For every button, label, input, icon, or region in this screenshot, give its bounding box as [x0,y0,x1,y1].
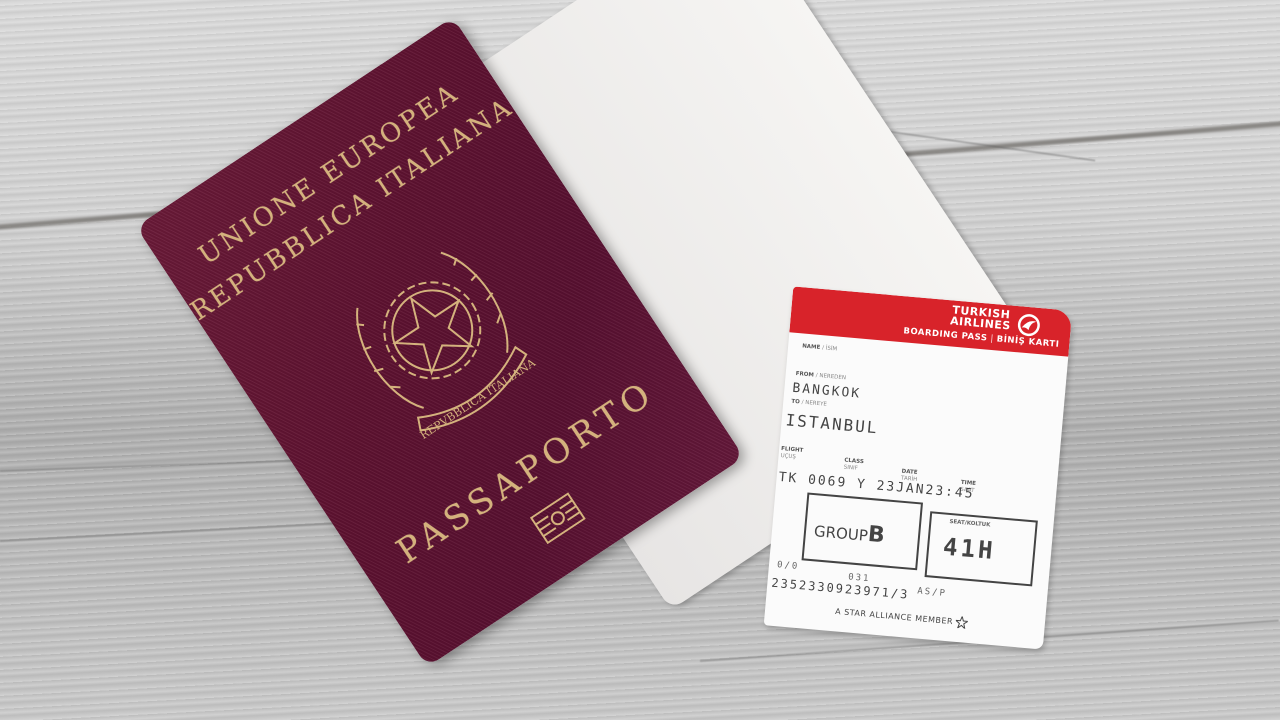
flight-label: FLIGHTUÇUŞ [780,446,803,462]
code-left: 0/0 [777,560,800,572]
subtitle-tr: BİNİŞ KARTI [996,334,1059,349]
from-value: BANGKOK [792,381,862,402]
code-right: AS/P [917,586,947,599]
boarding-group-box: GROUPB [802,492,923,570]
airline-name: TURKISH AIRLINES [950,304,1013,331]
boarding-pass: TURKISH AIRLINES BOARDING PASS|BİNİŞ KAR… [764,286,1073,649]
italian-emblem-icon: REPVBBLICA ITALIANA [316,211,554,458]
seat-label: SEAT/KOLTUK [949,519,990,529]
ticket-number: 2352330923971/3 [771,576,910,602]
turkish-airlines-bird-icon [1016,312,1042,338]
emblem-ribbon-text: REPVBBLICA ITALIANA [418,356,539,442]
subtitle-separator: | [990,334,994,344]
to-label: TO / NEREYE [791,399,827,409]
star-alliance-footer: A STAR ALLIANCE MEMBER [835,605,969,629]
seat-number: 41H [942,533,997,565]
biometric-chip-icon [530,492,586,544]
to-value: ISTANBUL [785,410,879,437]
class-label: CLASSSINIF [843,458,864,474]
seat-box: SEAT/KOLTUK 41H [925,511,1038,586]
star-alliance-icon [956,616,969,629]
name-label: NAME / İSİM [802,343,838,353]
boarding-group: GROUPB [813,517,886,548]
